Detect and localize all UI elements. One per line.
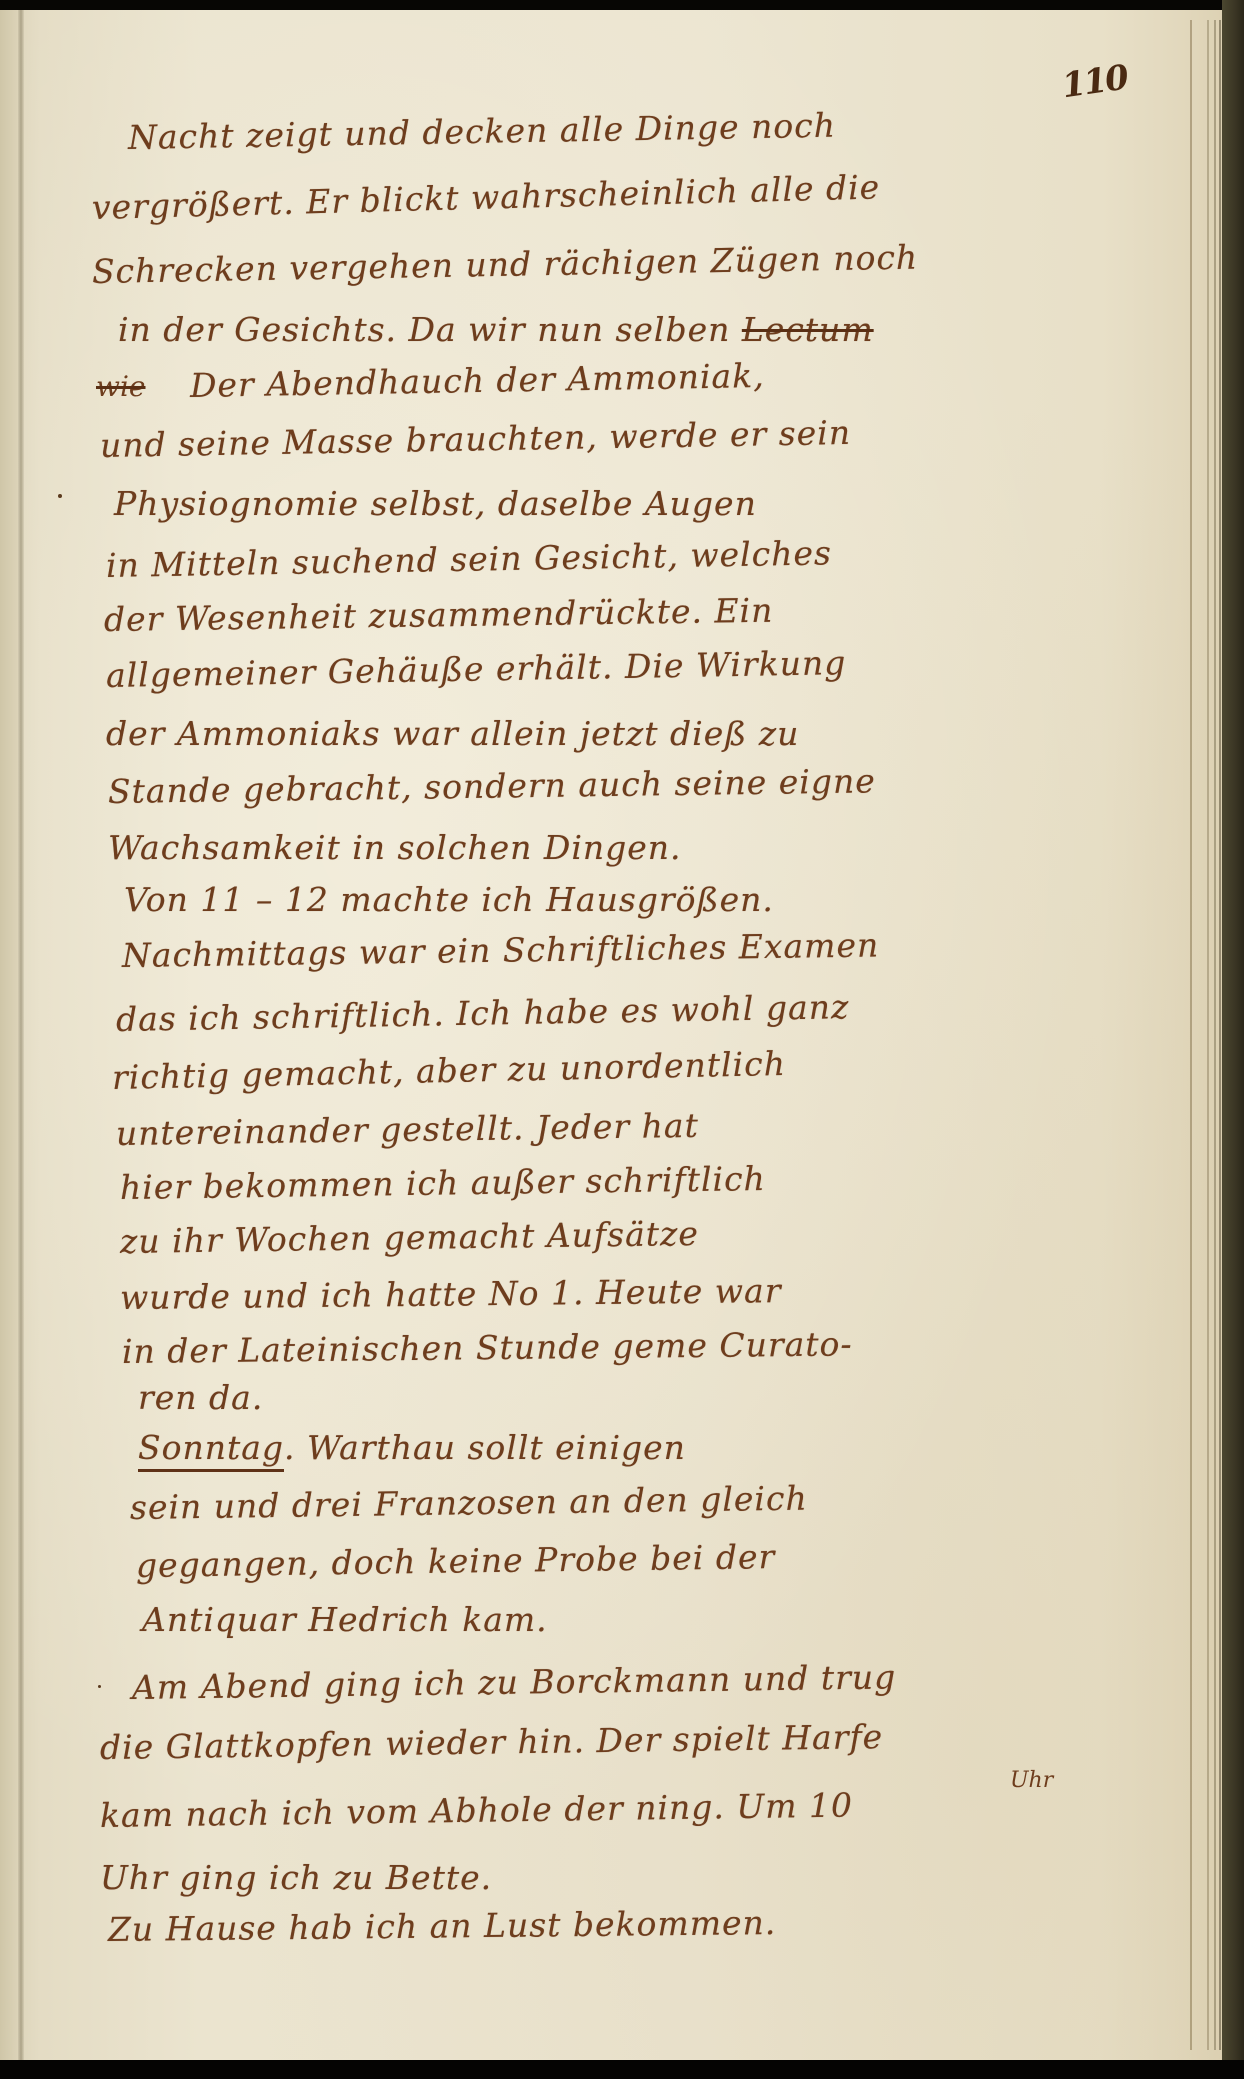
ink-speck [98,1685,101,1688]
scan-top-border [0,0,1244,10]
period: . [284,1428,307,1467]
page-edge-line [1207,20,1209,2050]
manuscript-line: der Ammoniaks war allein jetzt dieß zu [106,714,799,753]
line-text: Warthau sollt einigen [307,1428,686,1467]
manuscript-line: zu ihr Wochen gemacht Aufsätze [120,1214,699,1261]
margin-struck-word: wie [96,370,146,403]
manuscript-line: Uhr ging ich zu Bette. [100,1858,492,1897]
manuscript-line: wurde und ich hatte No 1. Heute war [120,1271,782,1317]
manuscript-line: Von 11 – 12 machte ich Hausgrößen. [124,880,774,919]
scan-bottom-border [0,2060,1244,2079]
manuscript-line: Antiquar Hedrich kam. [142,1600,548,1639]
struck-through-word: Lectum [742,310,874,349]
manuscript-line: Physiognomie selbst, daselbe Augen [114,484,757,523]
manuscript-scan: 110 Nacht zeigt und decken alle Dinge no… [0,0,1244,2079]
page-edge-line [1190,20,1192,2050]
manuscript-line: untereinander gestellt. Jeder hat [116,1106,699,1153]
line-text: in der Gesichts. Da wir nun selben [118,310,730,349]
page-edge-line [1214,20,1216,2050]
manuscript-line: in der Gesichts. Da wir nun selben Lectu… [118,310,874,349]
binding-gutter [18,10,24,2060]
manuscript-line: Sonntag. Warthau sollt einigen [138,1428,686,1472]
ink-speck [58,494,62,498]
book-cover-edge [1222,0,1244,2079]
manuscript-line: in der Lateinischen Stunde geme Curato- [122,1324,853,1371]
page-edge-line [1219,20,1221,2050]
superscript-note: Uhr [1010,1768,1053,1793]
sonntag-heading: Sonntag [138,1428,284,1472]
manuscript-line: Wachsamkeit in solchen Dingen. [108,828,682,867]
manuscript-line: ren da. [138,1378,263,1417]
manuscript-line: Zu Hause hab ich an Lust bekommen. [108,1903,777,1949]
previous-page-edge [0,10,18,2060]
